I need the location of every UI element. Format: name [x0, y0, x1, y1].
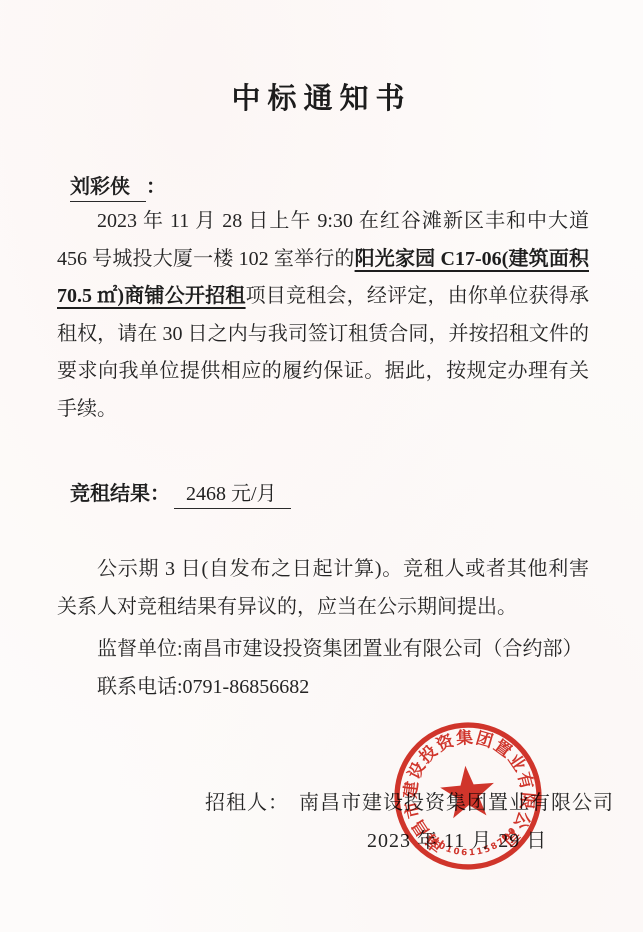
bid-result-label: 竞租结果：	[70, 483, 170, 505]
supervisor-line: 监督单位:南昌市建设投资集团置业有限公司（合约部）	[57, 632, 643, 661]
phone-line: 联系电话:0791-86856682	[57, 670, 643, 699]
bid-result-line: 竞租结果：2468 元/月	[70, 477, 291, 509]
lessor-label: 招租人：	[205, 792, 289, 814]
recipient-name: 刘彩侠	[70, 170, 146, 202]
main-paragraph: 2023 年 11 月 28 日上午 9:30 在红谷滩新区丰和中大道 456 …	[57, 203, 589, 429]
company-seal-stamp-icon: 南昌市建设投资集团置业有限公司 3601061158780	[386, 714, 551, 879]
recipient-colon: ：	[146, 176, 166, 198]
page-title: 中标通知书	[0, 76, 643, 117]
star-icon	[438, 763, 496, 819]
bid-result-value: 2468 元/月	[174, 477, 291, 509]
recipient-line: 刘彩侠：	[70, 170, 166, 202]
document-page: 中标通知书 刘彩侠： 2023 年 11 月 28 日上午 9:30 在红谷滩新…	[0, 0, 643, 932]
public-notice-paragraph: 公示期 3 日(自发布之日起计算)。竞租人或者其他利害关系人对竞租结果有异议的，…	[57, 551, 589, 626]
